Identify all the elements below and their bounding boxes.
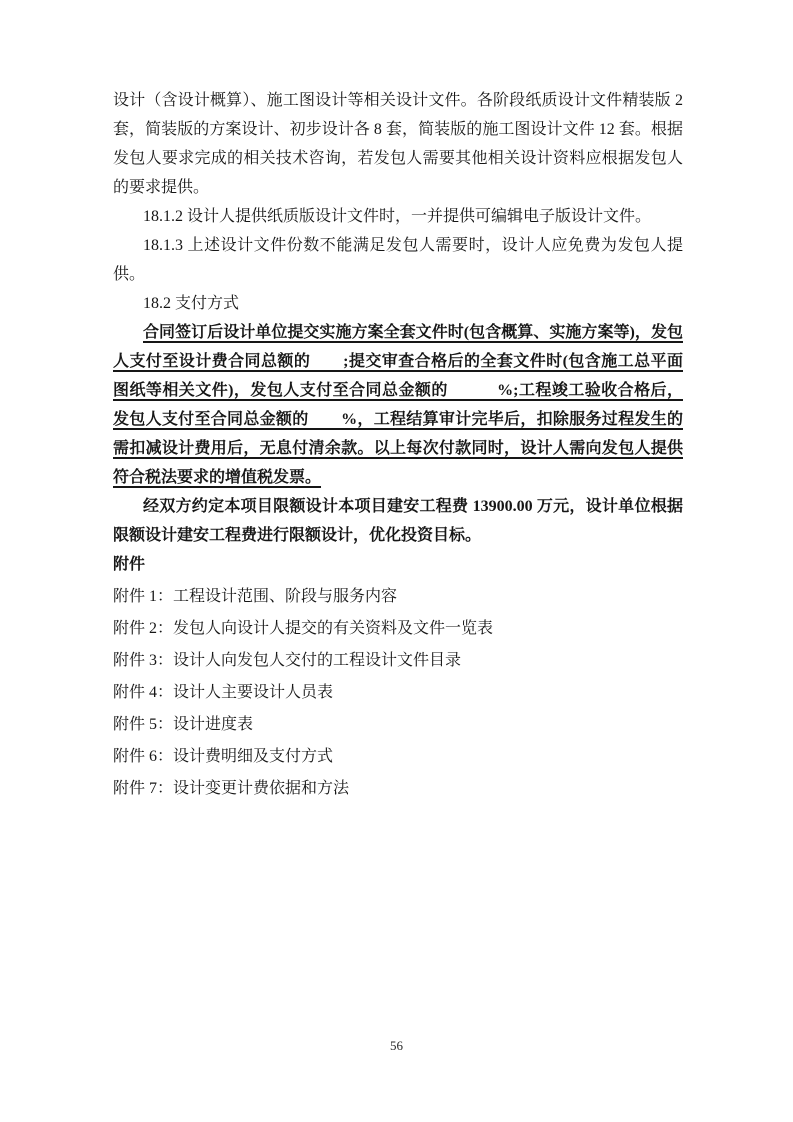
attachment-item-2: 附件 2：发包人向设计人提交的有关资料及文件一览表 (113, 614, 683, 643)
clause-18-1-2: 18.1.2 设计人提供纸质版设计文件时，一并提供可编辑电子版设计文件。 (113, 202, 683, 231)
attachment-item-5: 附件 5：设计进度表 (113, 710, 683, 739)
clause-18-2-heading: 18.2 支付方式 (113, 289, 683, 318)
paragraph-deliverables: 设计（含设计概算）、施工图设计等相关设计文件。各阶段纸质设计文件精装版 2 套，… (113, 86, 683, 202)
document-page: 设计（含设计概算）、施工图设计等相关设计文件。各阶段纸质设计文件精装版 2 套，… (0, 0, 793, 1122)
attachment-item-6: 附件 6：设计费明细及支付方式 (113, 742, 683, 771)
document-content: 设计（含设计概算）、施工图设计等相关设计文件。各阶段纸质设计文件精装版 2 套，… (113, 86, 683, 803)
clause-18-1-3: 18.1.3 上述设计文件份数不能满足发包人需要时，设计人应免费为发包人提供。 (113, 231, 683, 289)
paragraph-payment-terms: 合同签订后设计单位提交实施方案全套文件时(包含概算、实施方案等)，发包人支付至设… (113, 318, 683, 492)
attachment-item-1: 附件 1：工程设计范围、阶段与服务内容 (113, 582, 683, 611)
attachment-item-3: 附件 3：设计人向发包人交付的工程设计文件目录 (113, 646, 683, 675)
attachments-heading: 附件 (113, 550, 683, 579)
page-number: 56 (0, 1038, 793, 1054)
attachment-item-7: 附件 7：设计变更计费依据和方法 (113, 774, 683, 803)
attachment-item-4: 附件 4：设计人主要设计人员表 (113, 678, 683, 707)
paragraph-limit-design: 经双方约定本项目限额设计本项目建安工程费 13900.00 万元，设计单位根据限… (113, 492, 683, 550)
